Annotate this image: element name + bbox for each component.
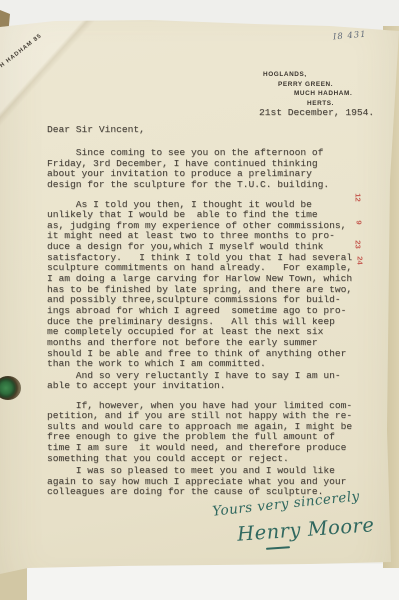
- red-margin-mark-1: 12: [354, 193, 363, 201]
- letter-scan: MUCH HADHAM 85 I8 431 HOGLANDS, PERRY GR…: [0, 0, 399, 600]
- paragraph-4: If, however, when you have had your limi…: [47, 401, 367, 465]
- red-margin-mark-3: 23: [354, 240, 363, 248]
- salutation: Dear Sir Vincent,: [47, 125, 145, 136]
- paragraph-2: As I told you then, I thought it would b…: [47, 200, 367, 371]
- letterhead-line-3: MUCH HADHAM.: [294, 90, 352, 97]
- paragraph-3: And so very reluctantly I have to say I …: [47, 371, 367, 392]
- letterhead-line-4: HERTS.: [307, 100, 334, 107]
- letterhead-line-1: HOGLANDS,: [263, 71, 307, 78]
- letterhead-line-2: PERRY GREEN.: [278, 81, 333, 88]
- letter-page: MUCH HADHAM 85 I8 431 HOGLANDS, PERRY GR…: [0, 0, 399, 600]
- phone-stamp-diagonal: MUCH HADHAM 85: [0, 7, 77, 79]
- signature-underline: [266, 546, 290, 549]
- red-margin-mark-2: 9: [355, 220, 364, 224]
- sheet-below-bottom: [24, 564, 399, 600]
- paragraph-1: Since coming to see you on the afternoon…: [47, 148, 367, 191]
- red-margin-mark-4: 24: [356, 256, 365, 264]
- letter-date: 21st December, 1954.: [259, 108, 374, 119]
- archival-pencil-note: I8 431: [333, 30, 367, 43]
- handwritten-signature: Henry Moore: [236, 513, 375, 546]
